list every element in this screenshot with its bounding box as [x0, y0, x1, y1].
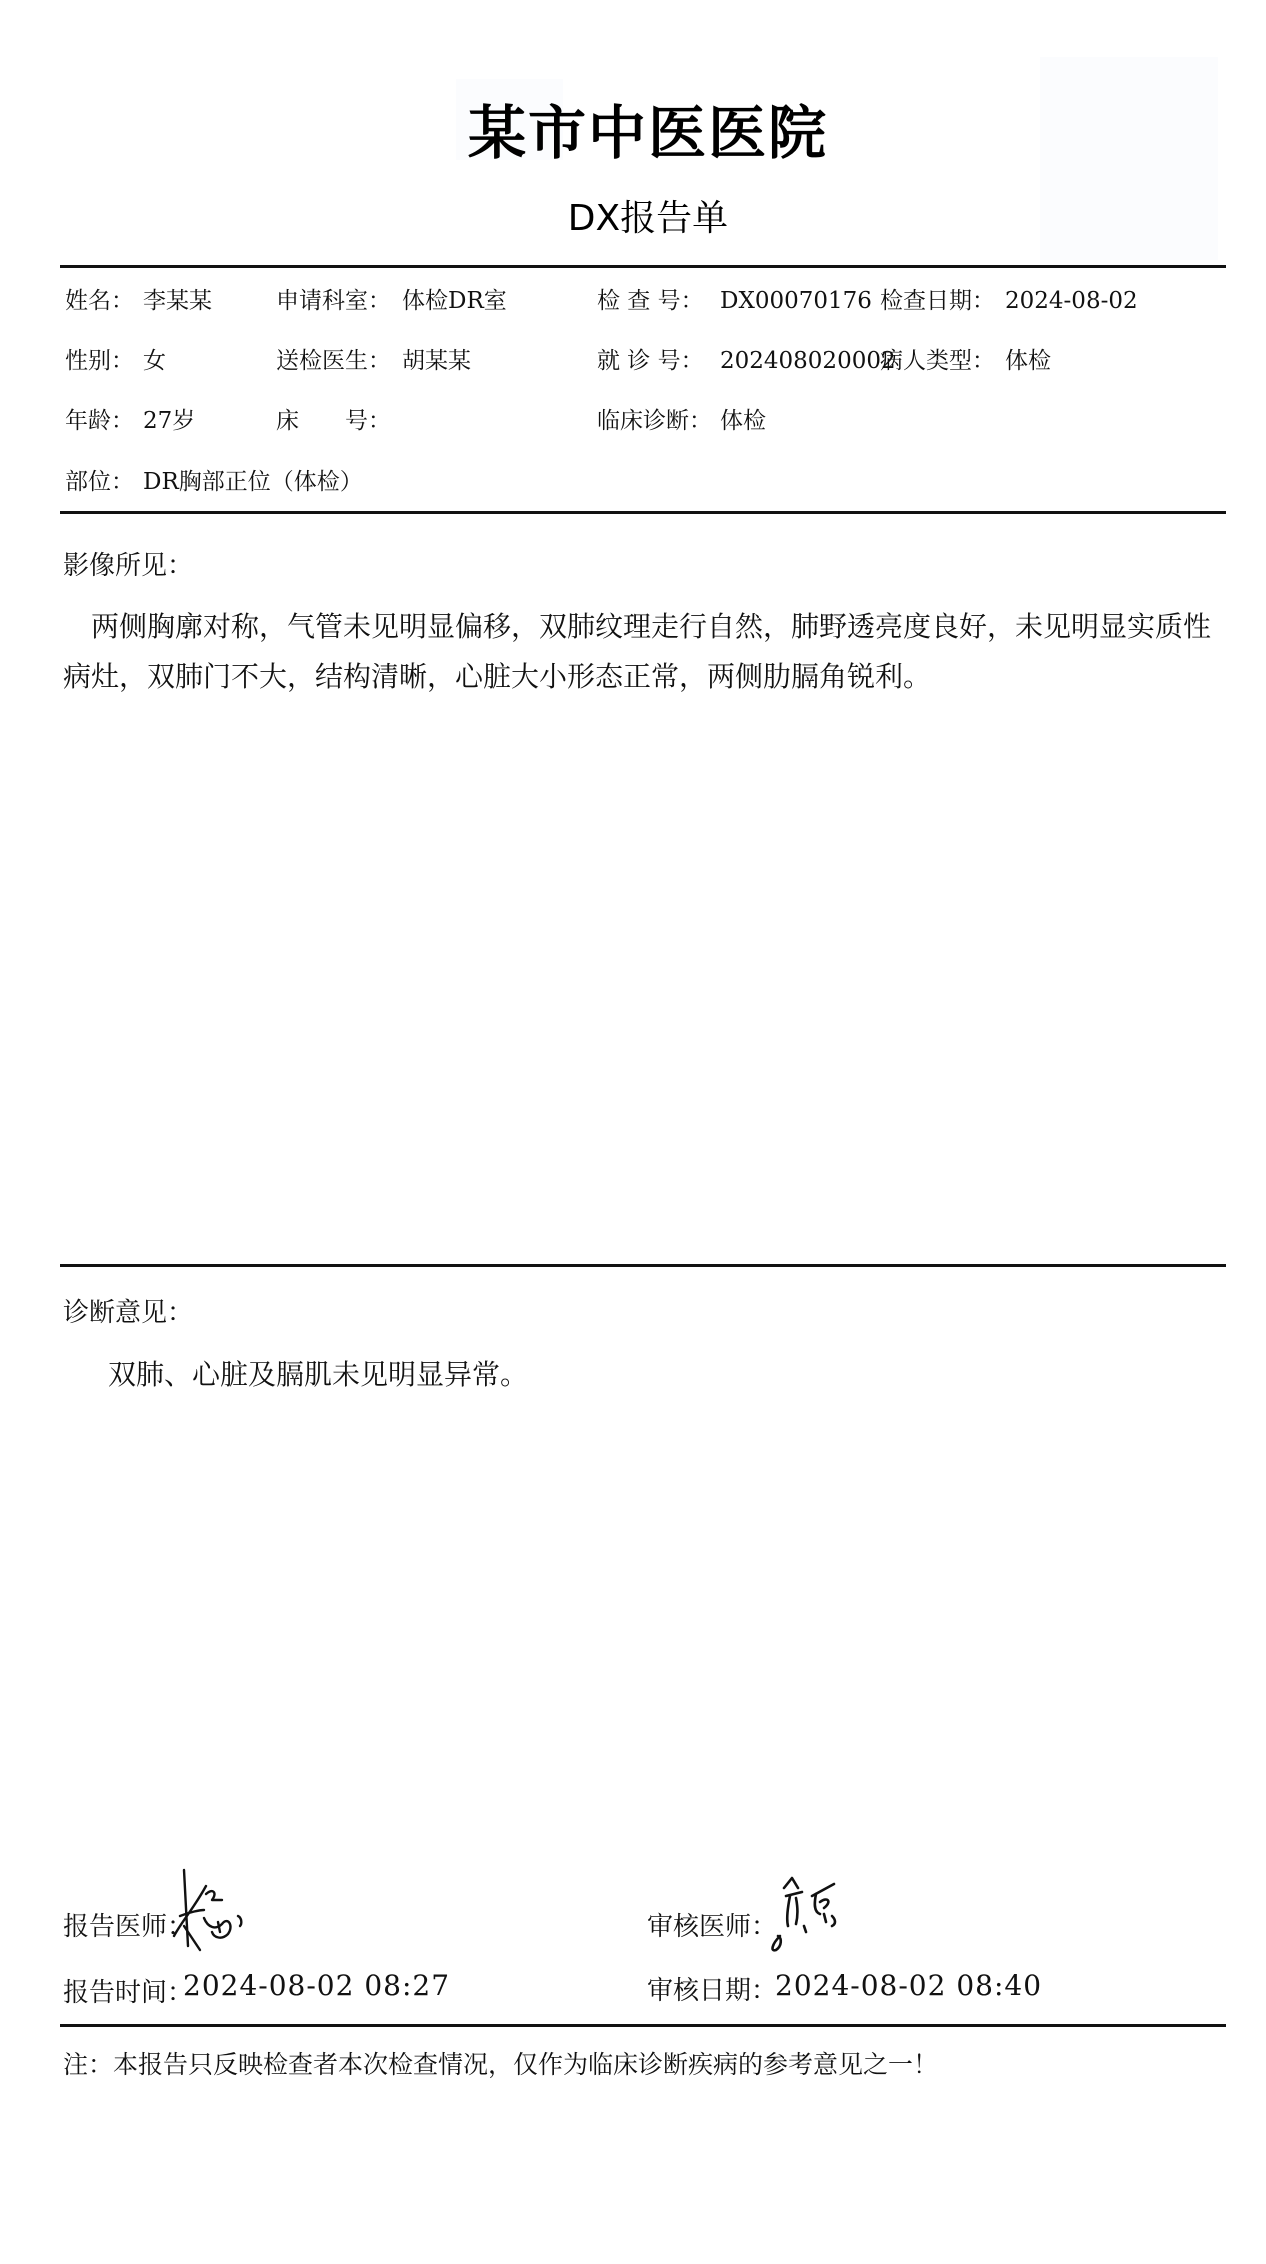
report-time-label: 报告时间： — [63, 1972, 193, 2009]
review-doctor-label: 审核医师： — [647, 1906, 777, 1943]
dept-label: 申请科室： — [276, 287, 391, 315]
report-doctor-signature — [170, 1866, 260, 1956]
name-value: 李某某 — [143, 287, 212, 315]
doctor-value: 胡某某 — [402, 347, 471, 375]
review-doctor-signature — [762, 1866, 852, 1956]
site-label: 部位： — [65, 468, 134, 496]
dept-value: 体检DR室 — [402, 287, 507, 315]
report-time-value: 2024-08-02 08:27 — [183, 1969, 450, 2002]
visit-no-label: 就 诊 号： — [597, 347, 704, 375]
report-title: DX报告单 — [0, 190, 1266, 241]
exam-no-label: 检 查 号： — [597, 287, 704, 315]
exam-no-value: DX00070176 — [720, 287, 872, 315]
divider-info — [60, 511, 1226, 514]
divider-footer — [60, 2024, 1226, 2027]
age-label: 年龄： — [65, 407, 134, 435]
bed-label: 床 号： — [276, 407, 391, 435]
patient-type-value: 体检 — [1005, 347, 1051, 375]
exam-date-label: 检查日期： — [880, 287, 995, 315]
name-label: 姓名： — [65, 287, 134, 315]
divider-findings — [60, 1264, 1226, 1267]
hospital-name: 某市中医医院 — [0, 86, 1266, 170]
diagnosis-heading: 诊断意见： — [63, 1292, 193, 1329]
site-value: DR胸部正位（体检） — [143, 468, 363, 496]
patient-type-label: 病人类型： — [880, 347, 995, 375]
doctor-label: 送检医生： — [276, 347, 391, 375]
findings-heading: 影像所见： — [63, 545, 193, 582]
clinical-dx-value: 体检 — [720, 407, 766, 435]
review-date-label: 审核日期： — [647, 1970, 777, 2007]
divider-top — [60, 265, 1226, 268]
findings-text: 两侧胸廓对称，气管未见明显偏移，双肺纹理走行自然，肺野透亮度良好，未见明显实质性… — [63, 602, 1219, 702]
clinical-dx-label: 临床诊断： — [597, 407, 712, 435]
review-date-value: 2024-08-02 08:40 — [775, 1969, 1042, 2002]
disclaimer-note: 注：本报告只反映检查者本次检查情况，仅作为临床诊断疾病的参考意见之一！ — [63, 2045, 938, 2081]
age-value: 27岁 — [143, 407, 195, 435]
gender-label: 性别： — [65, 347, 134, 375]
diagnosis-text: 双肺、心脏及膈肌未见明显异常。 — [108, 1350, 528, 1400]
visit-no-value: 202408020002 — [720, 347, 896, 375]
exam-date-value: 2024-08-02 — [1005, 287, 1138, 315]
gender-value: 女 — [143, 347, 166, 375]
